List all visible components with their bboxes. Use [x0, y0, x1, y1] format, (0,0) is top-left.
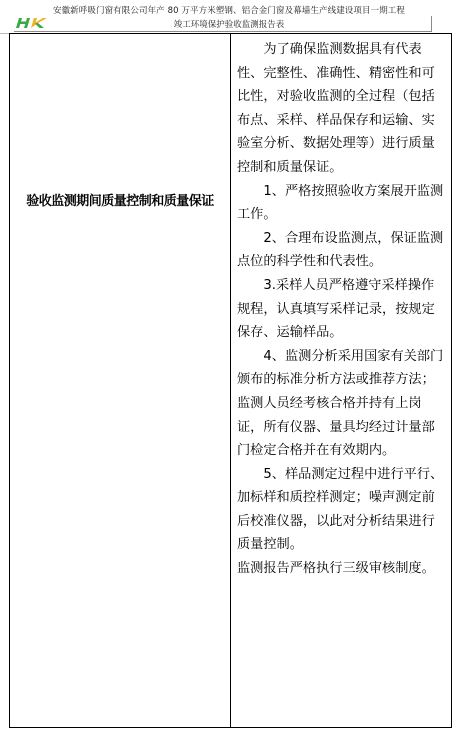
header-project-title: 安徽新呼吸门窗有限公司年产 80 万平方米塑钢、铝合金门窗及幕墙生产线建设项目一…: [0, 4, 458, 16]
header-report-title: 竣工环境保护验收监测报告表: [0, 18, 458, 30]
row-label-cell: 验收监测期间质量控制和质量保证: [10, 34, 231, 727]
paragraph-audit: 监测报告严格执行三级审核制度。: [237, 557, 445, 581]
row-content-cell: 为了确保监测数据具有代表性、完整性、准确性、精密性和可比性，对验收监测的全过程（…: [231, 34, 451, 727]
row-label: 验收监测期间质量控制和质量保证: [10, 190, 230, 209]
header-margin-mark: [431, 16, 432, 32]
paragraph-item-3: 3.采样人员严格遵守采样操作规程，认真填写采样记录，按规定保存、运输样品。: [237, 274, 445, 345]
quality-control-table: 验收监测期间质量控制和质量保证 为了确保监测数据具有代表性、完整性、准确性、精密…: [9, 33, 452, 728]
header-divider: [14, 31, 431, 32]
paragraph-item-4: 4、监测分析采用国家有关部门颁布的标准分析方法或推荐方法；监测人员经考核合格并持…: [237, 345, 445, 463]
margin-mark: [0, 33, 9, 34]
paragraph-item-1: 1、严格按照验收方案展开监测工作。: [237, 180, 445, 227]
paragraph-item-2: 2、合理布设监测点，保证监测点位的科学性和代表性。: [237, 227, 445, 274]
paragraph-intro: 为了确保监测数据具有代表性、完整性、准确性、精密性和可比性，对验收监测的全过程（…: [237, 38, 445, 180]
paragraph-item-5: 5、样品测定过程中进行平行、加标样和质控样测定；噪声测定前后校准仪器，以此对分析…: [237, 463, 445, 557]
